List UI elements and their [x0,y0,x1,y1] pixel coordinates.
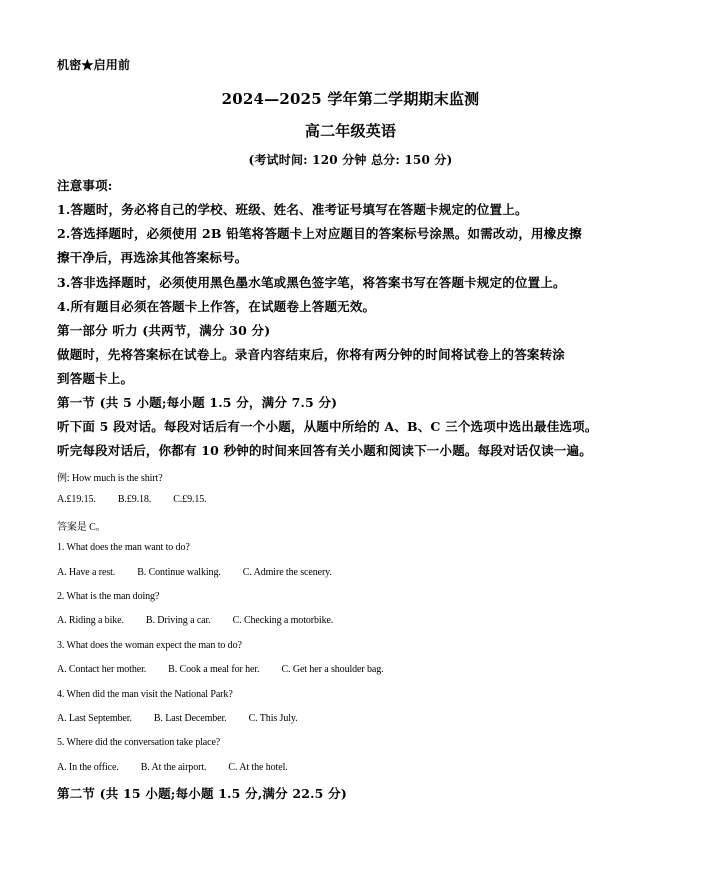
question-2-option-c: C. Checking a motorbike. [233,615,334,626]
question-2: 2. What is the man doing? [57,591,159,602]
note-item-2-cont: 擦干净后，再选涂其他答案标号。 [57,248,248,266]
note-item-3: 3.答非选择题时，必须使用黑色墨水笔或黑色签字笔，将答案书写在答题卡规定的位置上… [57,273,566,291]
section1-instruction-2: 听完每段对话后，你都有 10 秒钟的时间来回答有关小题和阅读下一小题。每段对话仅… [57,441,592,459]
question-1-option-a: A. Have a rest. [57,567,115,578]
question-5-option-c: C. At the hotel. [228,762,287,773]
question-2-option-a: A. Riding a bike. [57,615,124,626]
question-4-option-b: B. Last December. [154,713,227,724]
example-question: 例: How much is the shirt? [57,469,163,484]
question-3-option-a: A. Contact her mother. [57,664,146,675]
question-2-option-b: B. Driving a car. [146,615,211,626]
section1-instruction-1: 听下面 5 段对话。每段对话后有一个小题，从题中所给的 A、B、C 三个选项中选… [57,417,598,435]
question-2-options: A. Riding a bike.B. Driving a car.C. Che… [57,615,355,626]
notes-heading: 注意事项: [57,176,113,194]
exam-subject: 高二年级英语 [0,120,701,141]
confidential-label: 机密★启用前 [57,56,130,73]
exam-title: 2024—2025 学年第二学期期末监测 [0,88,701,109]
question-4-option-c: C. This July. [249,713,298,724]
question-4: 4. When did the man visit the National P… [57,689,233,700]
note-item-2: 2.答选择题时，必须使用 2B 铅笔将答题卡上对应题目的答案标号涂黑。如需改动，… [57,224,582,242]
question-5-option-b: B. At the airport. [141,762,207,773]
question-3-options: A. Contact her mother.B. Cook a meal for… [57,664,406,675]
part1-instruction-2: 到答题卡上。 [57,369,133,387]
section1-heading: 第一节 (共 5 小题;每小题 1.5 分，满分 7.5 分) [57,393,337,411]
question-1-options: A. Have a rest.B. Continue walking.C. Ad… [57,567,354,578]
note-item-4: 4.所有题目必须在答题卡上作答，在试题卷上答题无效。 [57,297,375,315]
question-5-option-a: A. In the office. [57,762,119,773]
question-4-option-a: A. Last September. [57,713,132,724]
example-option-b: B.£9.18. [118,494,151,505]
part1-instruction-1: 做题时，先将答案标在试卷上。录音内容结束后，你将有两分钟的时间将试卷上的答案转涂 [57,345,565,363]
question-5-options: A. In the office.B. At the airport.C. At… [57,762,310,773]
example-option-a: A.£19.15. [57,494,96,505]
example-options: A.£19.15.B.£9.18.C.£9.15. [57,494,229,505]
question-3: 3. What does the woman expect the man to… [57,640,242,651]
exam-page: 机密★启用前 2024—2025 学年第二学期期末监测 高二年级英语 (考试时间… [0,0,701,877]
question-4-options: A. Last September.B. Last December.C. Th… [57,713,320,724]
question-1: 1. What does the man want to do? [57,542,190,553]
example-option-c: C.£9.15. [173,494,206,505]
part1-heading: 第一部分 听力 (共两节，满分 30 分) [57,321,270,339]
question-1-option-c: C. Admire the scenery. [243,567,332,578]
example-answer: 答案是 C。 [57,518,106,533]
exam-info: (考试时间: 120 分钟 总分: 150 分) [0,151,701,168]
question-3-option-c: C. Get her a shoulder bag. [281,664,383,675]
question-3-option-b: B. Cook a meal for her. [168,664,259,675]
note-item-1: 1.答题时，务必将自己的学校、班级、姓名、准考证号填写在答题卡规定的位置上。 [57,200,528,218]
section2-heading: 第二节 (共 15 小题;每小题 1.5 分,满分 22.5 分) [57,784,347,802]
question-1-option-b: B. Continue walking. [137,567,221,578]
question-5: 5. Where did the conversation take place… [57,737,220,748]
